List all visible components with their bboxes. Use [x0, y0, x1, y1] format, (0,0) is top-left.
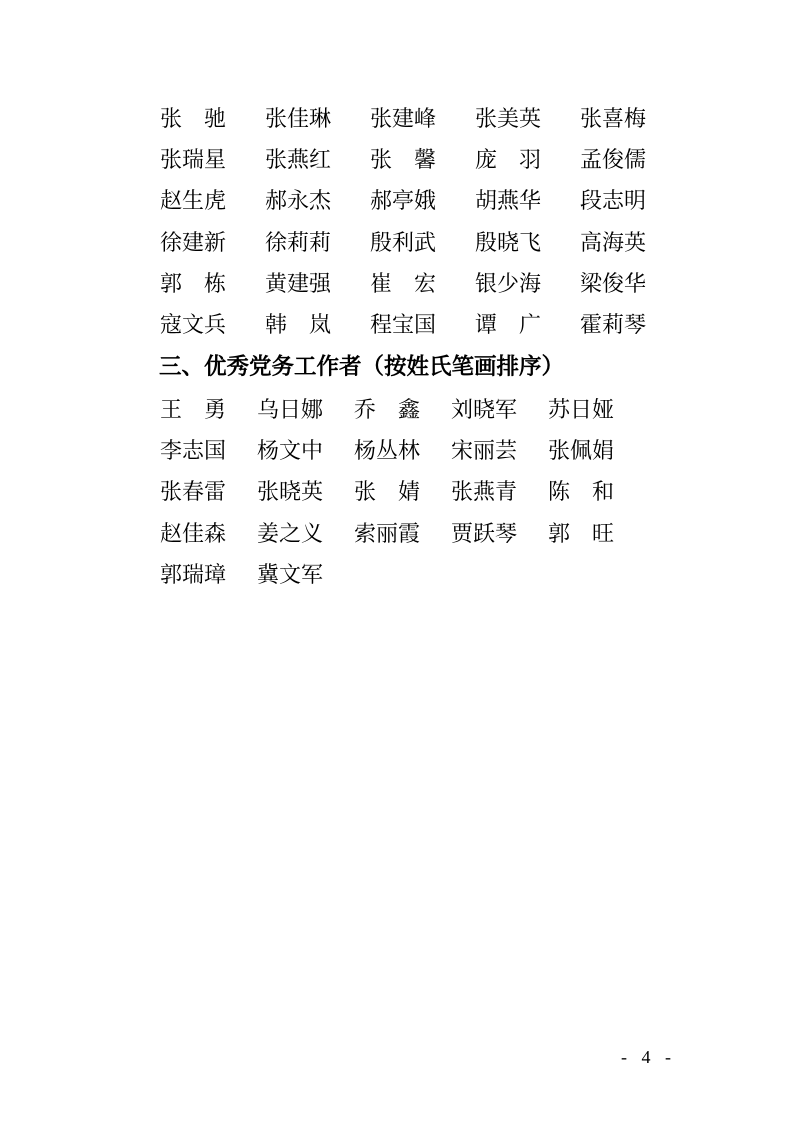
person-name: 徐莉莉: [265, 231, 331, 255]
person-name: 张佳琳: [265, 107, 331, 131]
person-name: 殷利武: [370, 231, 436, 255]
person-name: 梁俊华: [580, 272, 646, 296]
name-row: 李志国 杨文中 杨丛林 宋丽芸 张佩娟: [160, 430, 614, 471]
person-name: 张燕红: [265, 148, 331, 172]
section3-name-list: 王勇 乌日娜 乔鑫 刘晓军 苏日娅 李志国 杨文中 杨丛林 宋丽芸 张佩娟 张春…: [160, 389, 614, 595]
person-name: 郭栋: [160, 272, 226, 296]
name-row: 张驰 张佳琳 张建峰 张美英 张喜梅: [160, 98, 646, 139]
person-name: 黄建强: [265, 272, 331, 296]
person-name: 张美英: [475, 107, 541, 131]
person-name: 郭瑞璋: [160, 563, 226, 587]
person-name: 张晓英: [257, 480, 323, 504]
name-row: 郭瑞璋 冀文军: [160, 554, 614, 595]
person-name: 张佩娟: [548, 439, 614, 463]
name-row: 赵佳森 姜之义 索丽霞 贾跃琴 郭旺: [160, 513, 614, 554]
person-name: 姜之义: [257, 522, 323, 546]
person-name: 索丽霞: [354, 522, 420, 546]
person-name: 赵生虎: [160, 189, 226, 213]
person-name: 胡燕华: [475, 189, 541, 213]
person-name: 冀文军: [257, 563, 323, 587]
person-name: 张婧: [354, 480, 420, 504]
person-name: 郝亭娥: [370, 189, 436, 213]
person-name: 贾跃琴: [451, 522, 517, 546]
name-row: 赵生虎 郝永杰 郝亭娥 胡燕华 段志明: [160, 181, 646, 222]
person-name: 程宝国: [370, 313, 436, 337]
person-name: 赵佳森: [160, 522, 226, 546]
person-name: 张燕青: [451, 480, 517, 504]
person-name: 孟俊儒: [580, 148, 646, 172]
name-row: 张瑞星 张燕红 张馨 庞羽 孟俊儒: [160, 139, 646, 180]
name-row: 王勇 乌日娜 乔鑫 刘晓军 苏日娅: [160, 389, 614, 430]
person-name: 张瑞星: [160, 148, 226, 172]
person-name: 郝永杰: [265, 189, 331, 213]
person-name: 陈和: [548, 480, 614, 504]
person-name: 王勇: [160, 398, 226, 422]
person-name: 谭广: [475, 313, 541, 337]
name-row: 郭栋 黄建强 崔宏 银少海 梁俊华: [160, 263, 646, 304]
person-name: 银少海: [475, 272, 541, 296]
person-name: 杨丛林: [354, 439, 420, 463]
person-name: 李志国: [160, 439, 226, 463]
name-row: 徐建新 徐莉莉 殷利武 殷晓飞 高海英: [160, 222, 646, 263]
name-row: 寇文兵 韩岚 程宝国 谭广 霍莉琴: [160, 304, 646, 345]
person-name: 庞羽: [475, 148, 541, 172]
person-name: 张驰: [160, 107, 226, 131]
person-name: 张喜梅: [580, 107, 646, 131]
name-row: 张春雷 张晓英 张婧 张燕青 陈和: [160, 472, 614, 513]
award-winners-name-list: 张驰 张佳琳 张建峰 张美英 张喜梅 张瑞星 张燕红 张馨 庞羽 孟俊儒 赵生虎…: [160, 98, 646, 346]
person-name: 霍莉琴: [580, 313, 646, 337]
person-name: 韩岚: [265, 313, 331, 337]
person-name: 段志明: [580, 189, 646, 213]
document-page: 张驰 张佳琳 张建峰 张美英 张喜梅 张瑞星 张燕红 张馨 庞羽 孟俊儒 赵生虎…: [0, 0, 800, 1123]
person-name: 乔鑫: [354, 398, 420, 422]
person-name: 杨文中: [257, 439, 323, 463]
section-heading-outstanding-party-workers: 三、优秀党务工作者（按姓氏笔画排序）: [159, 354, 564, 380]
person-name: 郭旺: [548, 522, 614, 546]
person-name: 苏日娅: [548, 398, 614, 422]
person-name: 崔宏: [370, 272, 436, 296]
person-name: 刘晓军: [451, 398, 517, 422]
person-name: 殷晓飞: [475, 231, 541, 255]
page-number: - 4 -: [621, 1046, 673, 1068]
person-name: 高海英: [580, 231, 646, 255]
person-name: 张春雷: [160, 480, 226, 504]
person-name: 乌日娜: [257, 398, 323, 422]
person-name: 徐建新: [160, 231, 226, 255]
person-name: 张建峰: [370, 107, 436, 131]
person-name: 寇文兵: [160, 313, 226, 337]
person-name: 张馨: [370, 148, 436, 172]
person-name: 宋丽芸: [451, 439, 517, 463]
